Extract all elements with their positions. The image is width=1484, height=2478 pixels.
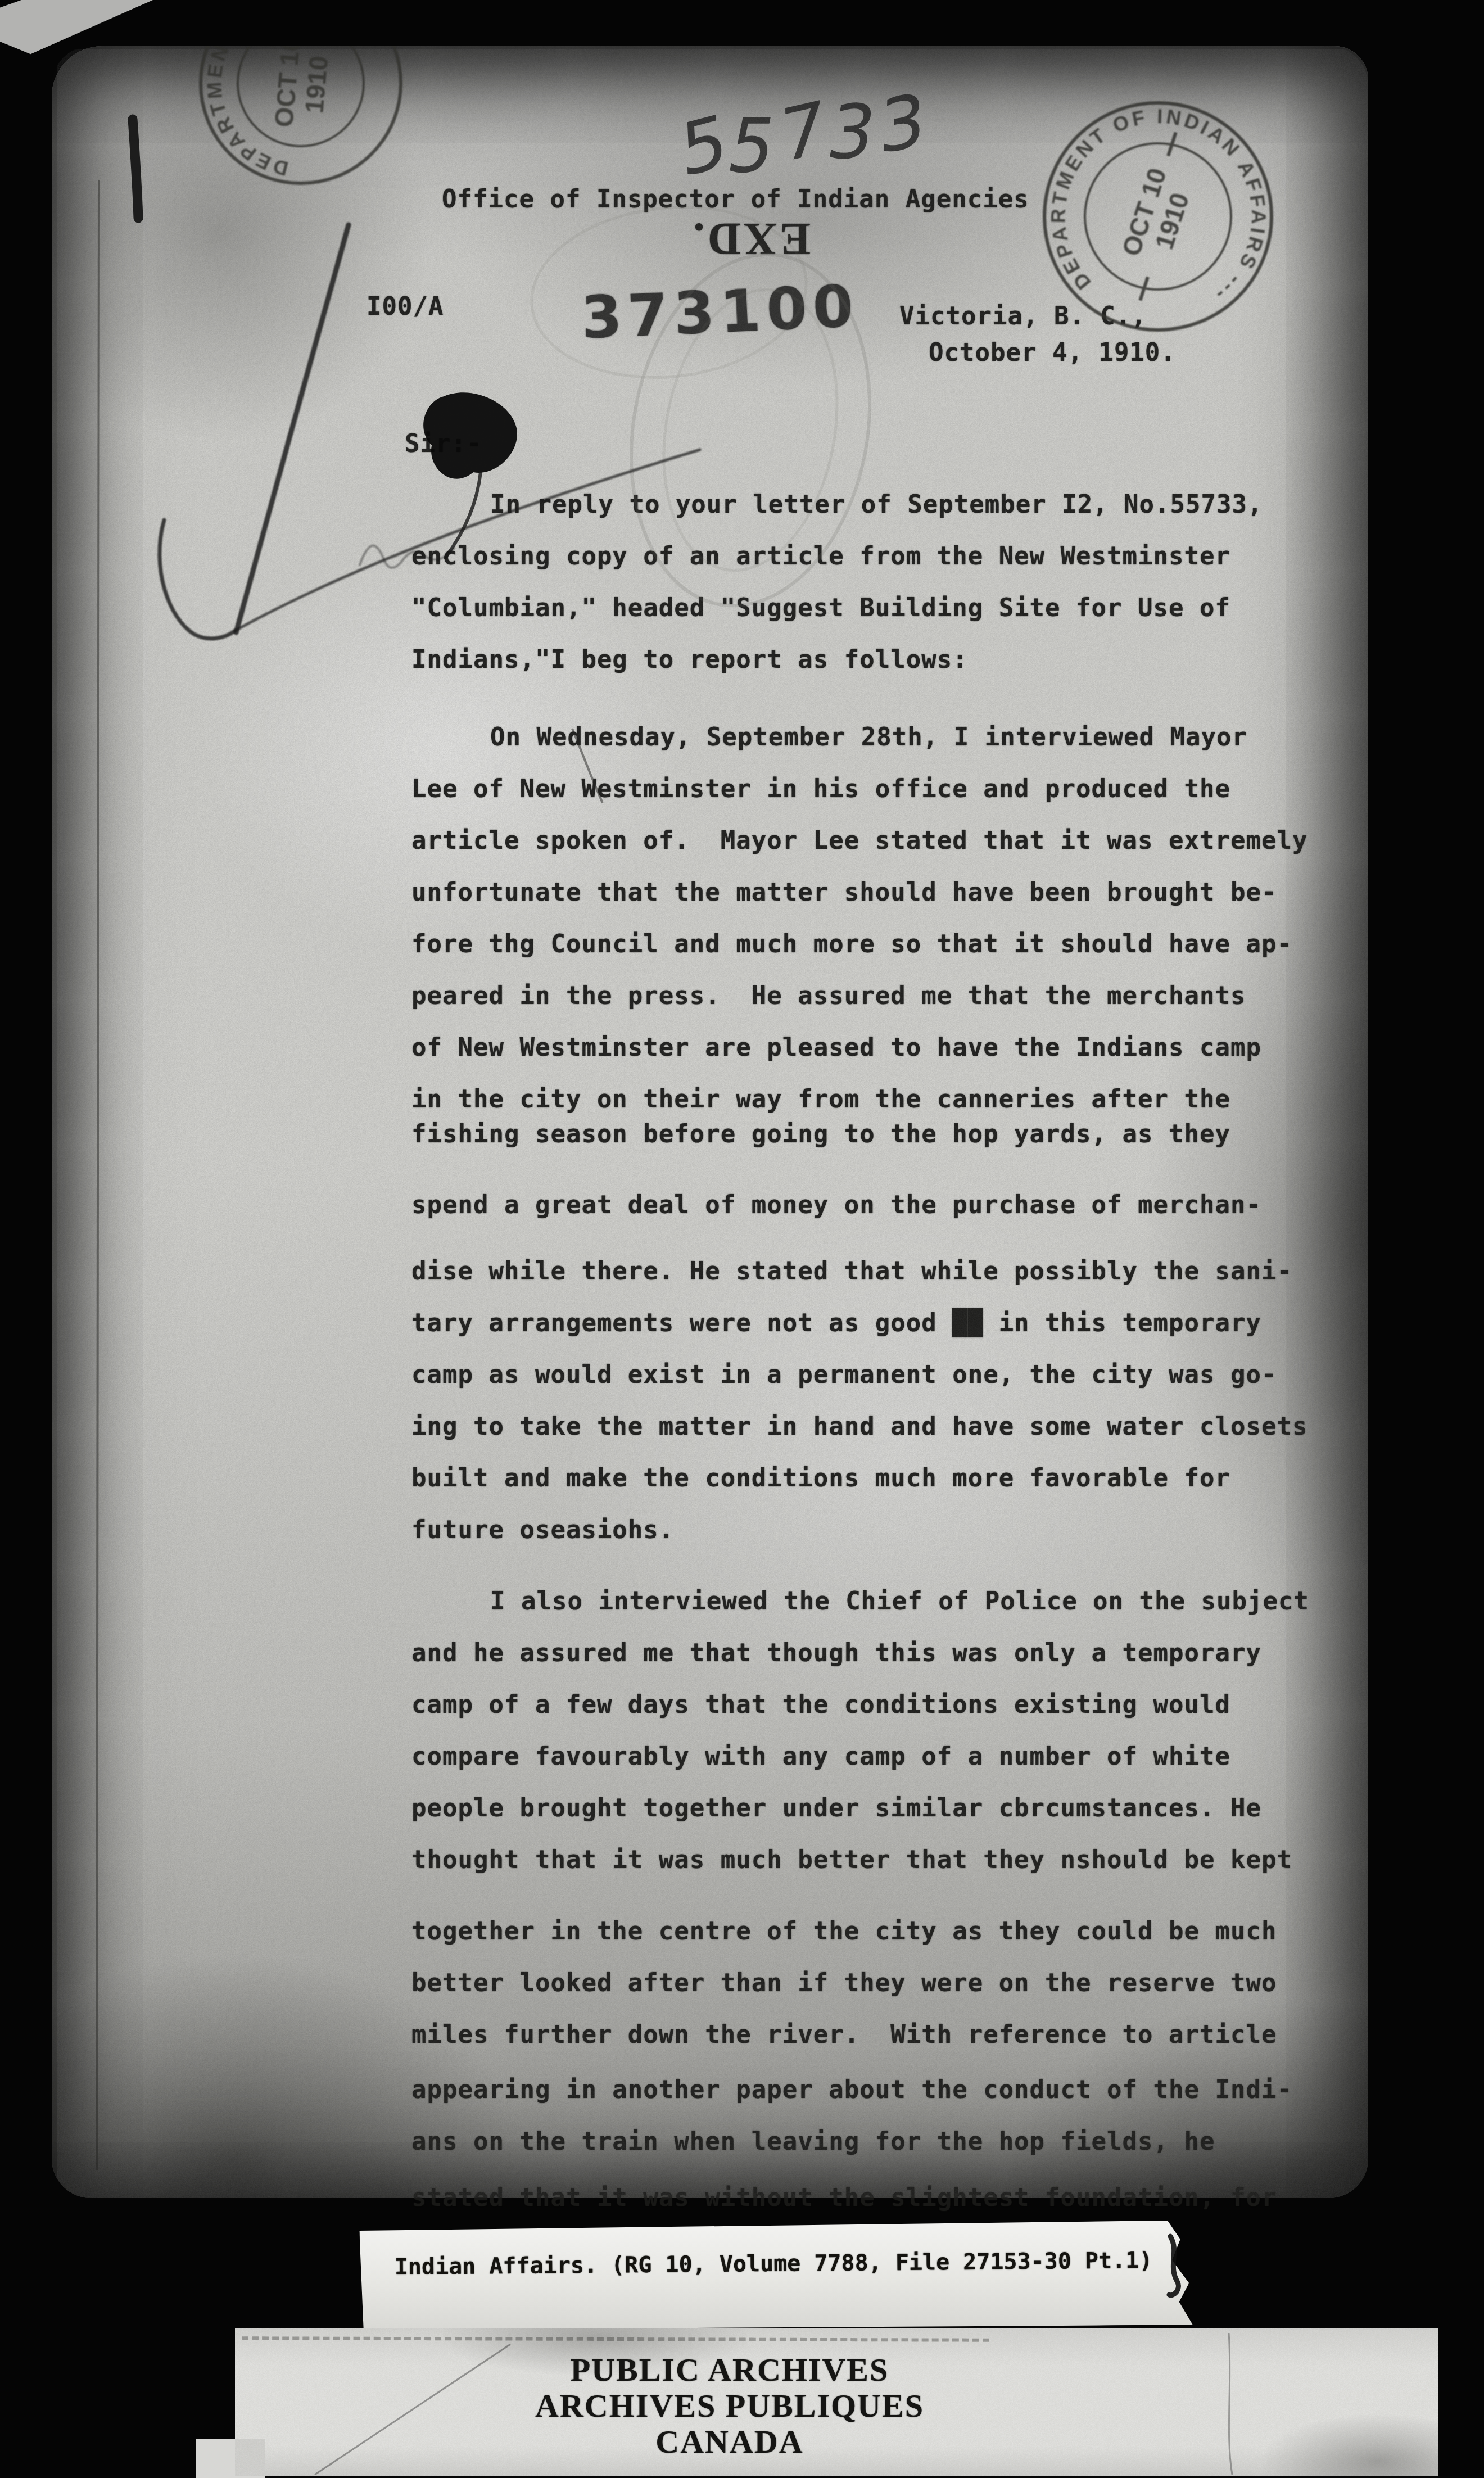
public-archives-band: PUBLIC ARCHIVES ARCHIVES PUBLIQUES CANAD…	[235, 2328, 1438, 2476]
typed-line: article spoken of. Mayor Lee stated that…	[411, 815, 1373, 867]
typed-line: of New Westminster are pleased to have t…	[411, 1022, 1373, 1074]
typed-line: appearing in another paper about the con…	[411, 2064, 1373, 2116]
typed-line: people brought together under similar cb…	[411, 1783, 1373, 1834]
typed-line: thought that it was much better that the…	[411, 1834, 1373, 1886]
footer-line-3: CANADA	[235, 2424, 1224, 2460]
typed-line: Indians,"I beg to report as follows:	[411, 634, 1373, 686]
typed-line: miles further down the river. With refer…	[411, 2009, 1373, 2061]
handwritten-digit: 5	[720, 102, 787, 190]
typed-line: stated that it was without the slightest…	[411, 2172, 1373, 2224]
letterhead-office-line: Office of Inspector of Indian Agencies	[442, 185, 1029, 214]
film-corner-patch	[196, 2439, 265, 2478]
letter-body: In reply to your letter of September I2,…	[411, 479, 1373, 2224]
place-line: Victoria, B. C.,	[899, 302, 1147, 331]
date-line: October 4, 1910.	[929, 338, 1176, 367]
registry-number-stamp: 373100	[580, 272, 861, 352]
typed-line: unfortunate that the matter should have …	[411, 867, 1373, 919]
paragraph: On Wednesday, September 28th, I intervie…	[411, 712, 1373, 1556]
paragraph: In reply to your letter of September I2,…	[411, 479, 1373, 686]
document-page: 55733 Office of Inspector of Indian Agen…	[52, 46, 1368, 2198]
file-number: I00/A	[367, 292, 444, 321]
typed-line: "Columbian," headed "Suggest Building Si…	[411, 582, 1373, 634]
typed-line: dise while there. He stated that while p…	[411, 1246, 1373, 1297]
typed-line: future oseasiohs.	[411, 1504, 1373, 1556]
typed-line: camp as would exist in a permanent one, …	[411, 1349, 1373, 1401]
handwritten-digit: 3	[821, 88, 886, 177]
exd-stamp: EXD.	[693, 212, 811, 265]
typed-line: compare favourably with any camp of a nu…	[411, 1731, 1373, 1783]
typed-line: ing to take the matter in hand and have …	[411, 1401, 1373, 1453]
torn-edge-line	[242, 2336, 989, 2341]
archive-label-text: Indian Affairs. (RG 10, Volume 7788, Fil…	[359, 2221, 1197, 2281]
paragraph: I also interviewed the Chief of Police o…	[411, 1576, 1373, 2224]
handwritten-file-number: 55733	[676, 76, 933, 189]
typed-line: tary arrangements were not as good ██ in…	[411, 1297, 1373, 1349]
typed-line: fore thg Council and much more so that i…	[411, 919, 1373, 970]
typed-line: together in the centre of the city as th…	[411, 1906, 1373, 1957]
typed-line: Lee of New Westminster in his office and…	[411, 763, 1373, 815]
typed-line: and he assured me that though this was o…	[411, 1627, 1373, 1679]
typed-line: peared in the press. He assured me that …	[411, 970, 1373, 1022]
typed-line: spend a great deal of money on the purch…	[411, 1179, 1373, 1231]
salutation: Sir:-	[405, 429, 482, 458]
typed-line: On Wednesday, September 28th, I intervie…	[411, 712, 1373, 763]
typed-line: ans on the train when leaving for the ho…	[411, 2116, 1373, 2168]
archive-label-strip: Indian Affairs. (RG 10, Volume 7788, Fil…	[359, 2221, 1198, 2332]
typed-line: built and make the conditions much more …	[411, 1453, 1373, 1504]
microfilm-background: 55733 Office of Inspector of Indian Agen…	[0, 0, 1484, 2478]
handwritten-digit: 3	[877, 76, 930, 171]
footer-line-1: PUBLIC ARCHIVES	[235, 2352, 1224, 2388]
public-archives-text: PUBLIC ARCHIVES ARCHIVES PUBLIQUES CANAD…	[235, 2342, 1224, 2460]
typed-line: fishing season before going to the hop y…	[411, 1109, 1373, 1160]
typed-line: better looked after than if they were on…	[411, 1957, 1373, 2009]
footer-line-2: ARCHIVES PUBLIQUES	[235, 2388, 1224, 2424]
typed-line: camp of a few days that the conditions e…	[411, 1679, 1373, 1731]
typed-line: I also interviewed the Chief of Police o…	[411, 1576, 1373, 1627]
typed-line: In reply to your letter of September I2,…	[411, 479, 1373, 531]
typed-line: enclosing copy of an article from the Ne…	[411, 531, 1373, 582]
